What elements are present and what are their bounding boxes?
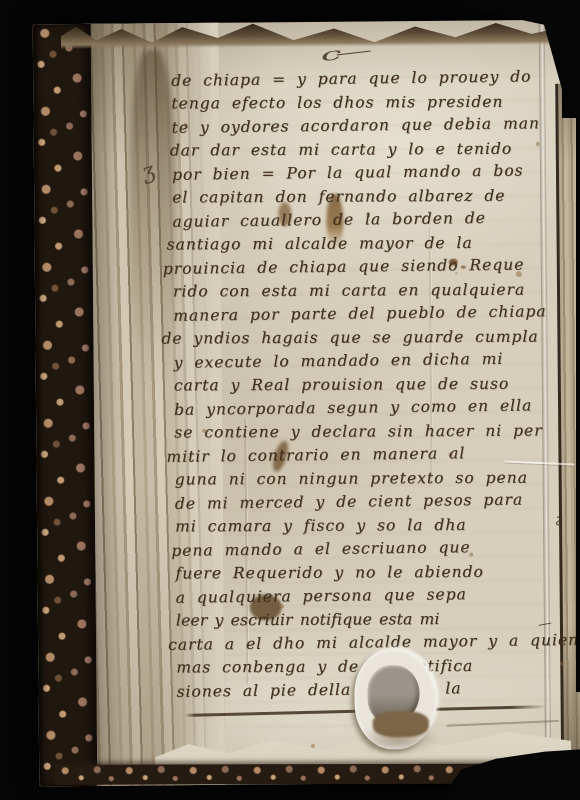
manuscript-line: tenga efecto los dhos mis presiden (171, 90, 557, 116)
marbled-bottom-edge (55, 764, 507, 785)
manuscript-line: dar dar esta mi carta y lo e tenido (170, 137, 558, 163)
hole-shadow (355, 729, 441, 756)
manuscript-line: manera por parte del pueblo de chiapa (173, 300, 559, 328)
manuscript-line: mi camara y fisco y so la dha (175, 513, 561, 539)
manuscript-line: y execute lo mandado en dicha mi (174, 347, 560, 375)
manuscript-line: guna ni con ningun pretexto so pena (175, 466, 561, 492)
backdrop-right-sliver (576, 84, 580, 692)
manuscript-book: c— ʒ ∿ — de chiapa = y para que lo proue… (33, 20, 580, 787)
manuscript-line: rido con esta mi carta en qualquiera (173, 278, 559, 304)
manuscript-line: prouincia de chiapa que siendo Reque (163, 253, 559, 281)
manuscript-line: de chiapa = y para que lo prouey do (171, 65, 557, 93)
manuscript-line: mitir lo contrario en manera al (166, 441, 560, 469)
photo-backdrop: c— ʒ ∿ — de chiapa = y para que lo proue… (0, 0, 580, 800)
manuscript-line: leer y escriuir notifique esta mi (176, 607, 562, 633)
damage-hole (354, 649, 437, 750)
manuscript-line: carta y Real prouision que de suso (174, 372, 560, 398)
manuscript-line: santiago mi alcalde mayor de la (167, 231, 559, 257)
manuscript-line: te y oydores acordaron que debia man (171, 112, 557, 140)
manuscript-line: de mi merced y de cient pesos para (175, 488, 561, 516)
marbled-cover-edge (33, 24, 98, 786)
closing-rule-faint (447, 720, 559, 727)
manuscript-line: el capitan don fernando albarez de (172, 184, 558, 210)
manuscript-line: ba yncorporada segun y como en ella (174, 394, 560, 422)
manuscript-line: fuere Requerido y no le abiendo (175, 560, 561, 586)
manuscript-text: de chiapa = y para que lo prouey dotenga… (171, 66, 563, 704)
manuscript-line: a qualquiera persona que sepa (176, 582, 562, 610)
manuscript-line: aguiar cauallero de la borden de (172, 206, 558, 234)
manuscript-line: pena mando a el escriuano que (171, 535, 561, 563)
manuscript-line: por bien = Por la qual mando a bos (172, 159, 558, 187)
manuscript-line: de yndios hagais que se guarde cumpla (161, 325, 559, 351)
header-flourish-mark: c— (320, 41, 367, 66)
manuscript-line: se contiene y declara sin hacer ni per (174, 419, 560, 445)
